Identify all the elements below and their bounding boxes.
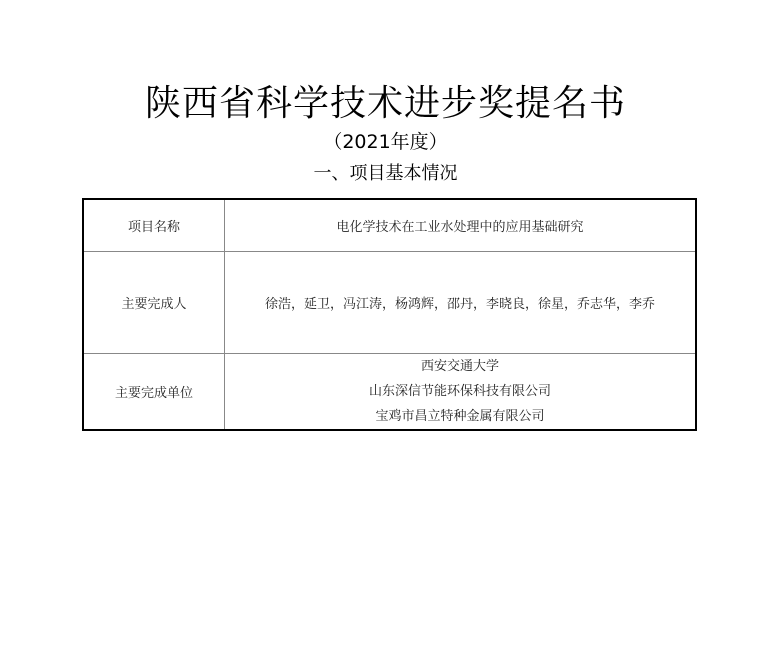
unit-item: 宝鸡市昌立特种金属有限公司 bbox=[225, 404, 695, 429]
section-heading: 一、项目基本情况 bbox=[0, 162, 771, 186]
units-value: 西安交通大学 山东深信节能环保科技有限公司 宝鸡市昌立特种金属有限公司 bbox=[225, 354, 697, 431]
units-label: 主要完成单位 bbox=[83, 354, 225, 431]
unit-item: 西安交通大学 bbox=[225, 354, 695, 379]
completers-value: 徐浩，延卫，冯江涛，杨鸿辉，邵丹，李晓良，徐星，乔志华，李乔 bbox=[225, 252, 697, 354]
completers-label: 主要完成人 bbox=[83, 252, 225, 354]
document-year: （2021年度） bbox=[0, 130, 771, 154]
table-row: 项目名称 电化学技术在工业水处理中的应用基础研究 bbox=[83, 199, 696, 252]
table-row: 主要完成单位 西安交通大学 山东深信节能环保科技有限公司 宝鸡市昌立特种金属有限… bbox=[83, 354, 696, 431]
unit-item: 山东深信节能环保科技有限公司 bbox=[225, 379, 695, 404]
document-title: 陕西省科学技术进步奖提名书 bbox=[0, 82, 771, 126]
table-row: 主要完成人 徐浩，延卫，冯江涛，杨鸿辉，邵丹，李晓良，徐星，乔志华，李乔 bbox=[83, 252, 696, 354]
project-info-table: 项目名称 电化学技术在工业水处理中的应用基础研究 主要完成人 徐浩，延卫，冯江涛… bbox=[82, 198, 697, 431]
project-name-label: 项目名称 bbox=[83, 199, 225, 252]
project-name-value: 电化学技术在工业水处理中的应用基础研究 bbox=[225, 199, 697, 252]
